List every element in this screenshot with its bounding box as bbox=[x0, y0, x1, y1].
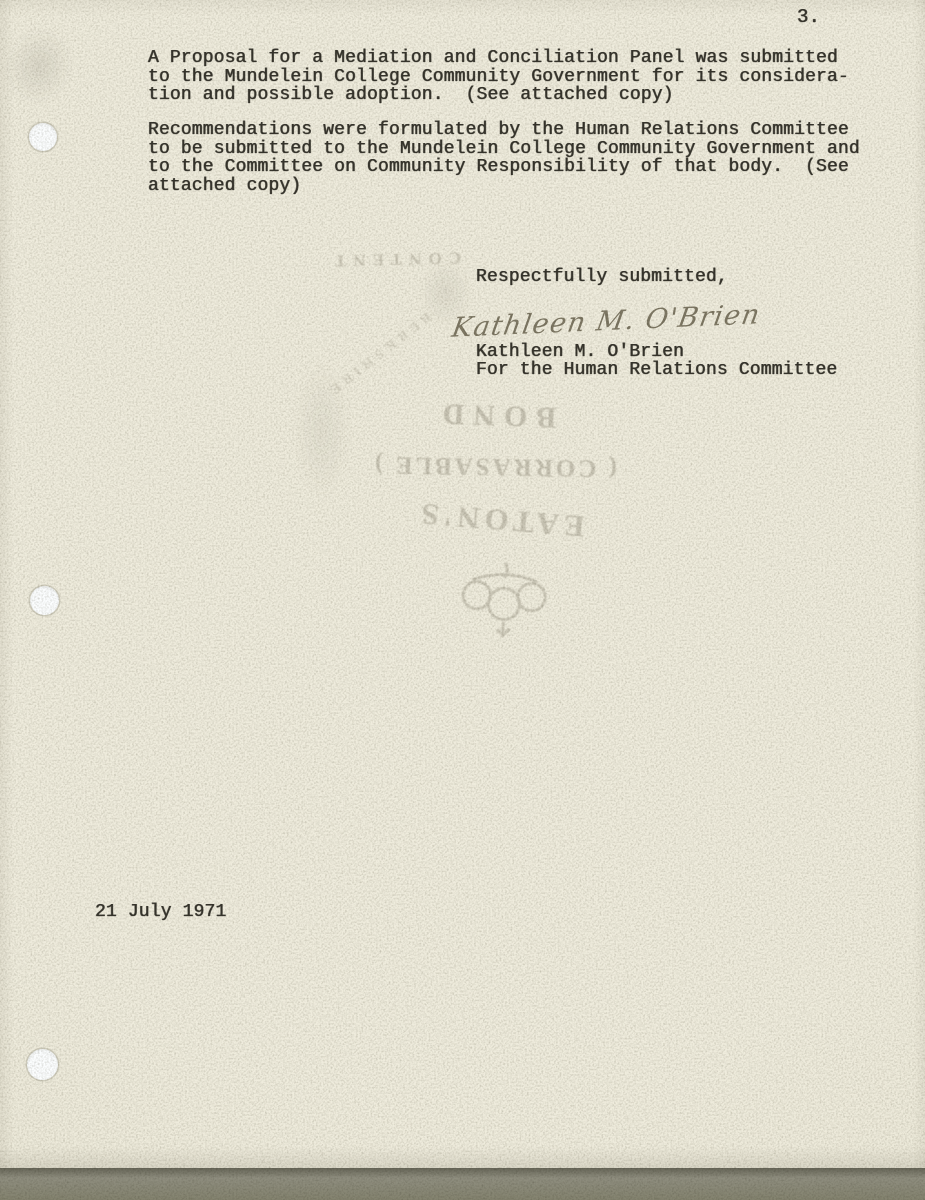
watermark-bond-line: BOND bbox=[419, 395, 570, 434]
date-line: 21 July 1971 bbox=[95, 903, 226, 922]
signatory-name: Kathleen M. O'Brien bbox=[476, 343, 684, 362]
watermark-brand-line: EATON'S bbox=[392, 494, 609, 547]
scanned-document: CONTENT BERKSHIRE BOND ( CORRASABLE ) EA… bbox=[0, 0, 925, 1200]
paragraph-recommendations: Recommendations were formulated by the H… bbox=[148, 121, 888, 195]
watermark-arc-text: BERKSHIRE bbox=[337, 308, 434, 388]
closing-line: Respectfully submitted, bbox=[476, 268, 728, 287]
crown-watermark-icon bbox=[449, 555, 557, 647]
handwritten-signature: Kathleen M. O'Brien bbox=[450, 299, 764, 344]
watermark-corrasable-line: ( CORRASABLE ) bbox=[342, 449, 647, 482]
document-page: CONTENT BERKSHIRE BOND ( CORRASABLE ) EA… bbox=[0, 0, 925, 1168]
hole-punch-bottom bbox=[27, 1049, 58, 1080]
scan-background-strip bbox=[0, 1168, 925, 1200]
signatory-title: For the Human Relations Committee bbox=[476, 361, 837, 380]
watermark-content-line: CONTENT bbox=[328, 247, 462, 270]
paragraph-proposal: A Proposal for a Mediation and Conciliat… bbox=[148, 49, 878, 105]
page-number: 3. bbox=[797, 8, 820, 27]
hole-punch-top bbox=[29, 123, 57, 151]
pencil-smudge bbox=[0, 17, 85, 115]
hole-punch-middle bbox=[30, 586, 59, 615]
ink-smudge bbox=[292, 360, 352, 500]
